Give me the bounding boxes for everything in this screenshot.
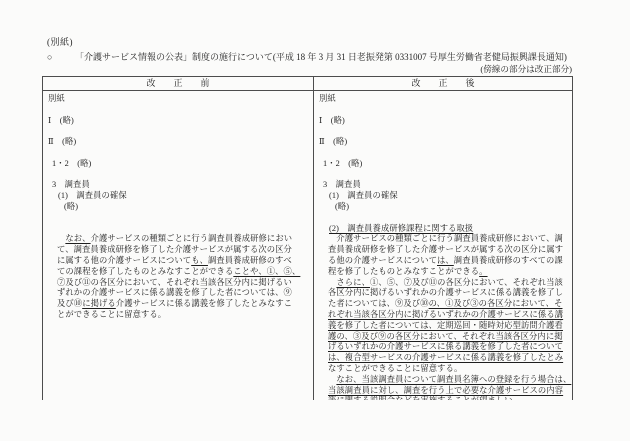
text-line: に属する他の介護サービスについても、調査員養成研修のすべ bbox=[43, 256, 313, 267]
text-line: 及び⑩に掲げる介護サービスに係る講義を修了したとみなすこ bbox=[43, 299, 313, 310]
text-line bbox=[43, 105, 313, 116]
text-line: 程を修了したものとみなすことができる。 bbox=[314, 267, 572, 278]
revision-note: (傍線の部分は改正部分) bbox=[480, 63, 572, 75]
table-header-before: 改 正 前 bbox=[43, 77, 314, 90]
table-header-row: 改 正 前 改 正 後 bbox=[43, 77, 572, 91]
text-line bbox=[43, 170, 313, 181]
text-line: 各区分内に掲げるいずれかの介護サービスに係る講義を修了し bbox=[314, 288, 572, 299]
text-line: なすことができることに留意する。 bbox=[314, 364, 572, 375]
text-line: なお、介護サービスの種類ごとに行う調査員養成研修におい bbox=[43, 234, 313, 245]
text-line bbox=[43, 126, 313, 137]
text-line bbox=[43, 148, 313, 159]
text-line: 1・2 (略) bbox=[43, 159, 313, 170]
document-title: 「介護サービス情報の公表」制度の施行について(平成 18 年 3 月 31 日老… bbox=[75, 52, 567, 62]
text-line: 等に関する説明会などを実施することが望ましい。 bbox=[314, 396, 572, 400]
text-line: Ⅱ (略) bbox=[314, 137, 572, 148]
text-line bbox=[314, 105, 572, 116]
text-line: とができることに留意する。 bbox=[43, 310, 313, 321]
text-line: 査員養成研修を修了した介護サービスが属する次の区分に属す bbox=[314, 245, 572, 256]
text-line bbox=[314, 213, 572, 224]
text-line: ての課程を修了したものとみなすことができることや、①、⑤、 bbox=[43, 267, 313, 278]
text-line: れぞれ当該各区分内に掲げるいずれかの介護サービスに係る講 bbox=[314, 310, 572, 321]
text-line: げるいずれかの介護サービスに係る講義を修了した者について bbox=[314, 342, 572, 353]
text-line bbox=[43, 224, 313, 235]
text-line: て、調査員養成研修を修了した介護サービスが属する次の区分 bbox=[43, 245, 313, 256]
text-line: Ⅰ (略) bbox=[43, 116, 313, 127]
text-line: 別紙 bbox=[314, 94, 572, 105]
text-line: Ⅰ (略) bbox=[314, 116, 572, 127]
text-line: さらに、①、⑤、⑦及び⑪の各区分において、それぞれ当該 bbox=[314, 278, 572, 289]
text-line: 1・2 (略) bbox=[314, 159, 572, 170]
text-line bbox=[43, 213, 313, 224]
text-line: 当該調査員に対し、調査を行う上で必要な介護サービスの内容 bbox=[314, 386, 572, 397]
text-line: (略) bbox=[314, 202, 572, 213]
table-body: 別紙 Ⅰ (略) Ⅱ (略) 1・2 (略) 3 調査員(1) 調査員の確保(略… bbox=[43, 91, 572, 400]
text-line: 別紙 bbox=[43, 94, 313, 105]
before-cell: 別紙 Ⅰ (略) Ⅱ (略) 1・2 (略) 3 調査員(1) 調査員の確保(略… bbox=[43, 91, 314, 400]
table-header-after: 改 正 後 bbox=[314, 77, 572, 90]
text-line: (略) bbox=[43, 202, 313, 213]
text-line: ⑦及び⑪の各区分において、それぞれ当該各区分内に掲げるい bbox=[43, 278, 313, 289]
text-line bbox=[314, 148, 572, 159]
text-line bbox=[314, 170, 572, 181]
text-line: た者については、⑨及び⑩の、①及び③の各区分において、そ bbox=[314, 299, 572, 310]
text-line: ずれかの介護サービスに係る講義を修了した者については、⑨ bbox=[43, 288, 313, 299]
after-cell: 別紙 Ⅰ (略) Ⅱ (略) 1・2 (略) 3 調査員(1) 調査員の確保(略… bbox=[314, 91, 572, 400]
text-line: 護の、③及び⑨の各区分において、それぞれ当該各区分内に掲 bbox=[314, 332, 572, 343]
document-title-row: ○「介護サービス情報の公表」制度の施行について(平成 18 年 3 月 31 日… bbox=[47, 50, 567, 63]
text-line: る他の介護サービスについては、調査員養成研修のすべての課 bbox=[314, 256, 572, 267]
text-line: 介護サービスの種類ごとに行う調査員養成研修において、調 bbox=[314, 234, 572, 245]
text-line bbox=[314, 126, 572, 137]
text-line: なお、当該調査員について調査員名簿への登録を行う場合は、 bbox=[314, 375, 572, 386]
text-line: (1) 調査員の確保 bbox=[314, 191, 572, 202]
text-line: 3 調査員 bbox=[314, 180, 572, 191]
text-line: (1) 調査員の確保 bbox=[43, 191, 313, 202]
comparison-table: 改 正 前 改 正 後 別紙 Ⅰ (略) Ⅱ (略) 1・2 (略) 3 調査員… bbox=[42, 76, 573, 400]
text-line: 3 調査員 bbox=[43, 180, 313, 191]
circle-bullet-icon: ○ bbox=[47, 52, 75, 62]
text-line: は、複合型サービスの介護サービスに係る講義を修了したとみ bbox=[314, 353, 572, 364]
attachment-label: (別紙) bbox=[47, 35, 73, 48]
text-line: (2) 調査員養成研修課程に関する取扱 bbox=[314, 224, 572, 235]
text-line: Ⅱ (略) bbox=[43, 137, 313, 148]
document-page: (別紙) ○「介護サービス情報の公表」制度の施行について(平成 18 年 3 月… bbox=[0, 0, 630, 441]
text-line: 義を修了した者については、定期巡回・随時対応型訪問介護看 bbox=[314, 321, 572, 332]
